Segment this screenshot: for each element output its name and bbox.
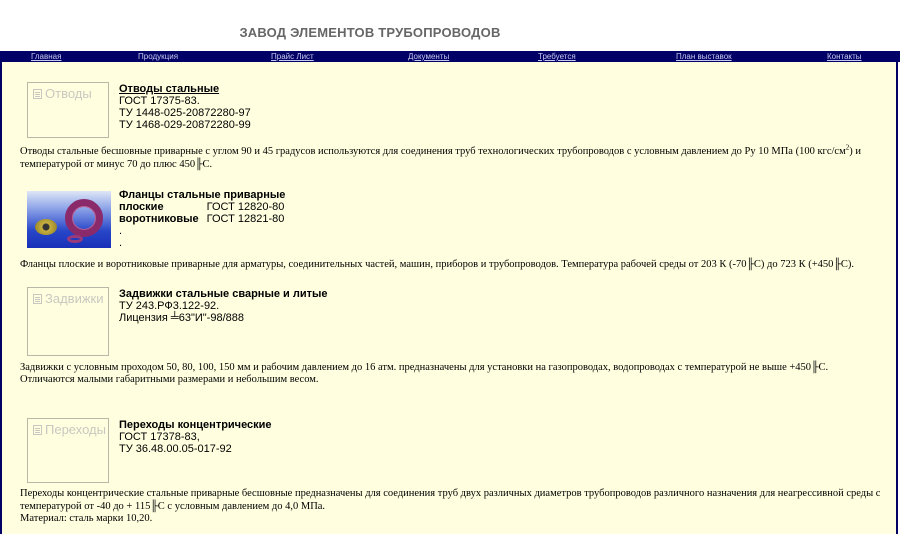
spec-line: ГОСТ 17375-83. [119,95,251,107]
product-description: Задвижки с условным проходом 50, 80, 100… [20,361,890,386]
product-description: Переходы концентрические стальные привар… [20,488,890,525]
spec-line: . [119,225,285,237]
product-image-valves[interactable]: Задвижки [27,287,109,356]
spec-line: ТУ 1468-029-20872280-99 [119,119,251,131]
product-info: Задвижки стальные сварные и литые ТУ 243… [119,288,327,324]
product-image-elbows[interactable]: Отводы [27,82,109,138]
product-image-flanges[interactable] [27,191,111,248]
product-info: Отводы стальные ГОСТ 17375-83. ТУ 1448-0… [119,83,251,131]
product-info: Переходы концентрические ГОСТ 17378-83, … [119,419,272,455]
product-title: Фланцы стальные приварные [119,189,285,201]
broken-image-icon [33,294,42,304]
spec-line: ТУ 243.РФ3.122-92. [119,300,327,312]
product-description: Фланцы плоские и воротниковые приварные … [20,258,890,271]
nav-link-price-list[interactable]: Прайс Лист [271,51,314,62]
nav-link-documents[interactable]: Документы [408,51,449,62]
product-description: Отводы стальные бесшовные приварные с уг… [20,146,890,171]
product-info: Фланцы стальные приварные плоские ГОСТ 1… [119,189,285,249]
degree-symbol: ╟ [150,500,157,512]
broken-image-icon [33,89,42,99]
nav-link-contacts[interactable]: Контакты [827,51,862,62]
degree-symbol: ╟ [746,258,753,270]
degree-symbol: ╟ [811,361,818,373]
nav-link-vacancies[interactable]: Требуется [538,51,576,62]
spec-line: ГОСТ 17378-83, [119,431,272,443]
spec-table: плоские ГОСТ 12820-80 воротниковые ГОСТ … [119,201,284,225]
spec-row: плоские ГОСТ 12820-80 [119,201,284,213]
product-image-reducers[interactable]: Переходы [27,418,109,483]
product-title: Переходы концентрические [119,419,272,431]
main-navigation: Главная Продукция Прайс Лист Документы Т… [0,51,900,62]
small-flange-shape [67,235,83,243]
degree-symbol: ╟ [833,258,840,270]
collar-flange-shape [35,219,57,235]
image-alt-text: Задвижки [45,291,103,306]
site-title: ЗАВОД ЭЛЕМЕНТОВ ТРУБОПРОВОДОВ [0,25,740,40]
image-alt-text: Отводы [45,86,92,101]
spec-line: ТУ 1448-025-20872280-97 [119,107,251,119]
image-alt-text: Переходы [45,422,106,437]
nav-link-home[interactable]: Главная [31,51,61,62]
broken-image-icon [33,425,42,435]
product-title: Задвижки стальные сварные и литые [119,288,327,300]
flat-flange-shape [65,199,103,237]
spec-line: ТУ 36.48.00.05-017-92 [119,443,272,455]
nav-link-exhibitions[interactable]: План выставок [676,51,732,62]
degree-symbol: ╟ [195,158,202,170]
nav-link-products[interactable]: Продукция [138,51,178,62]
spec-line: . [119,237,285,249]
content-area: Отводы Отводы стальные ГОСТ 17375-83. ТУ… [0,62,898,534]
spec-line: Лицензия ╧63"И"-98/888 [119,312,327,324]
product-title-link[interactable]: Отводы стальные [119,83,251,95]
spec-row: воротниковые ГОСТ 12821-80 [119,213,284,225]
